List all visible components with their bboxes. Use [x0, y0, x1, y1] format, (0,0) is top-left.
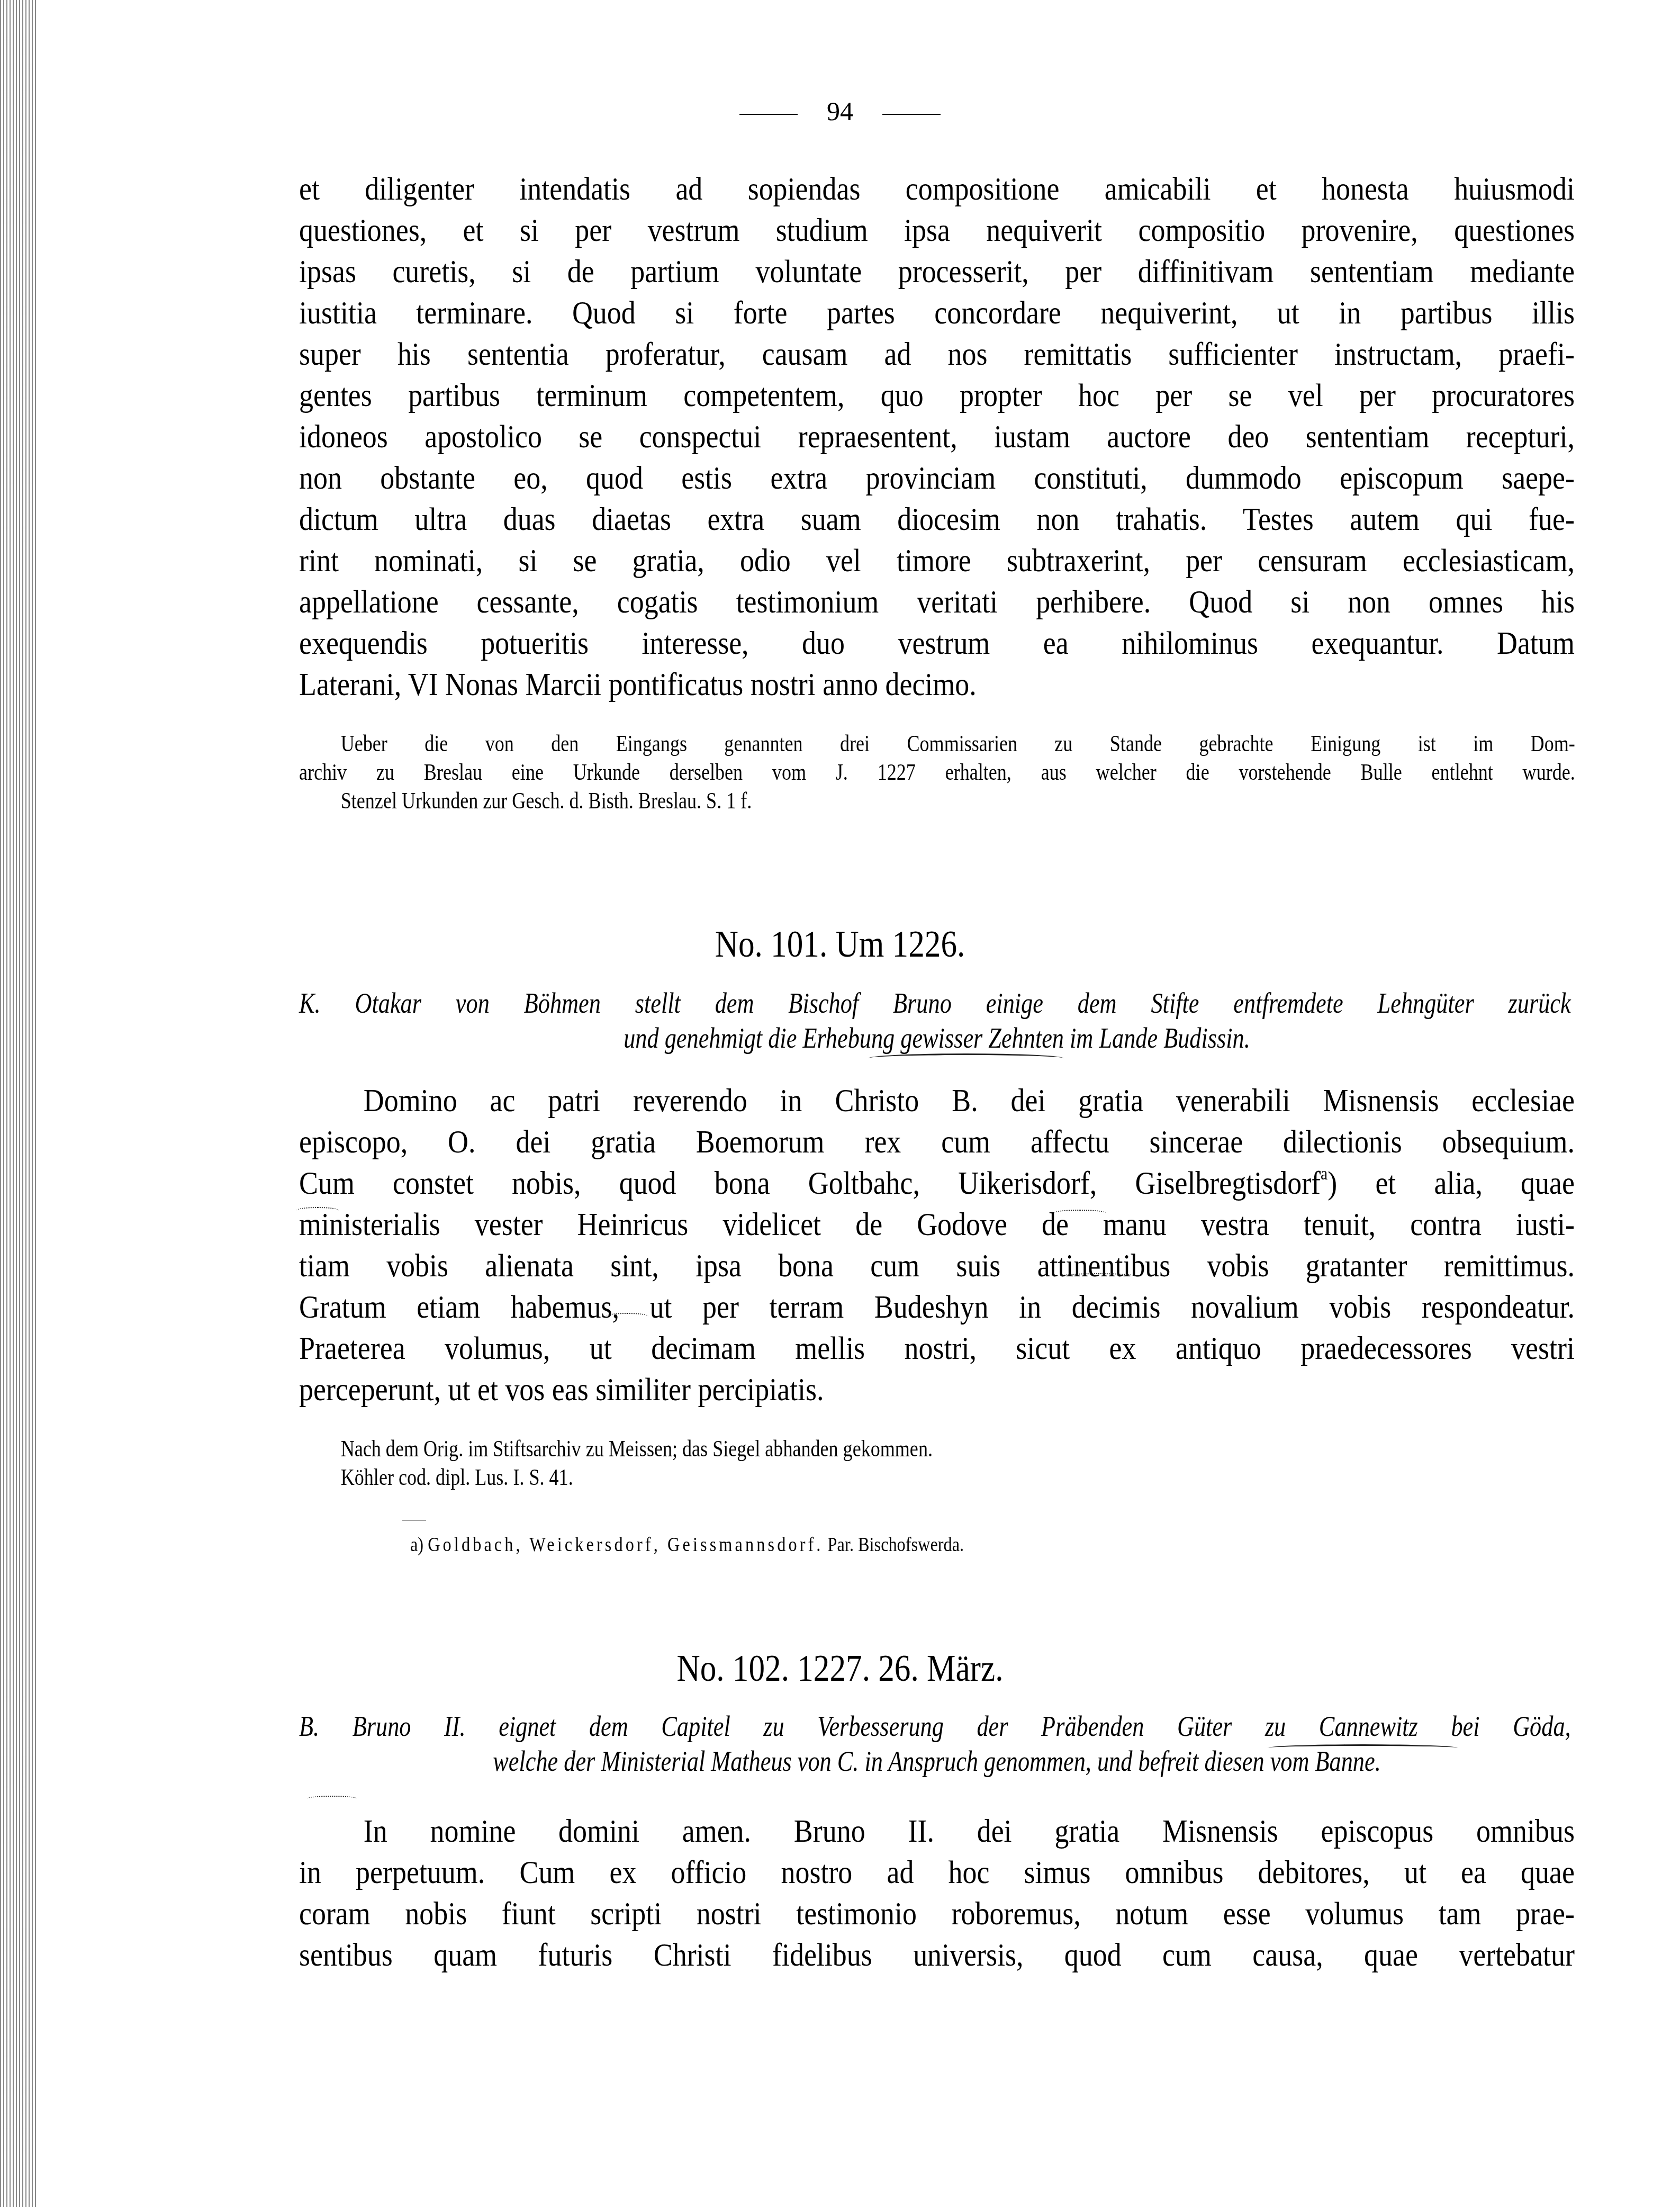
regest-summary: K. Otakar von Böhmen stellt dem Bischof …: [299, 986, 1575, 1056]
body-line: exequendis potueritis interesse, duo ves…: [299, 623, 1575, 664]
continuation-text: et diligenter intendatis ad sopiendas co…: [299, 168, 1575, 705]
editorial-note: Nach dem Orig. im Stiftsarchiv zu Meisse…: [299, 1435, 1575, 1492]
note-line: Nach dem Orig. im Stiftsarchiv zu Meisse…: [299, 1435, 1575, 1463]
body-line: Domino ac patri reverendo in Christo B. …: [299, 1080, 1575, 1121]
footnote-places: Goldbach, Weickersdorf, Geissmannsdorf.: [428, 1534, 823, 1556]
pencil-mark: [307, 1796, 357, 1803]
rule-left: [739, 114, 798, 115]
body-line: idoneos apostolico se conspectui repraes…: [299, 416, 1575, 457]
note-line: Stenzel Urkunden zur Gesch. d. Bisth. Br…: [299, 787, 1575, 815]
pencil-mark: [1059, 1273, 1138, 1282]
body-line: in perpetuum. Cum ex officio nostro ad h…: [299, 1852, 1575, 1893]
body-line: gentes partibus terminum competentem, qu…: [299, 375, 1575, 416]
continuation-note: Ueber die von den Eingangs genannten dre…: [299, 729, 1575, 815]
body-line: coram nobis fiunt scripti nostri testimo…: [299, 1893, 1575, 1934]
body-102: In nomine domini amen. Bruno II. dei gra…: [299, 1810, 1575, 1976]
footnote-a: a) Goldbach, Weickersdorf, Geissmannsdor…: [410, 1533, 964, 1557]
summary-line: B. Bruno II. eignet dem Capitel zu Verbe…: [299, 1709, 1571, 1744]
note-line: Köhler cod. dipl. Lus. I. S. 41.: [299, 1463, 1575, 1492]
body-line: dictum ultra duas diaetas extra suam dio…: [299, 499, 1575, 540]
document-heading-101: No. 101. Um 1226.: [0, 921, 1680, 967]
body-line: Laterani, VI Nonas Marcii pontificatus n…: [299, 664, 1575, 705]
body-line: super his sententia proferatur, causam a…: [299, 334, 1575, 375]
body-line: rint nominati, si se gratia, odio vel ti…: [299, 540, 1575, 581]
document-body: Domino ac patri reverendo in Christo B. …: [299, 1080, 1575, 1410]
summary-101: K. Otakar von Böhmen stellt dem Bischof …: [299, 986, 1575, 1056]
pencil-underline-mark: [1268, 1744, 1458, 1753]
editorial-note: Ueber die von den Eingangs genannten dre…: [299, 729, 1575, 815]
summary-line: und genehmigt die Erhebung gewisser Zehn…: [414, 1021, 1460, 1056]
pencil-mark: [296, 1207, 339, 1215]
body-line: episcopo, O. dei gratia Boemorum rex cum…: [299, 1121, 1575, 1163]
scan-binding-edge: [0, 0, 37, 2207]
body-line: appellatione cessante, cogatis testimoni…: [299, 581, 1575, 623]
summary-102: B. Bruno II. eignet dem Capitel zu Verbe…: [299, 1709, 1575, 1779]
body-line: In nomine domini amen. Bruno II. dei gra…: [299, 1810, 1575, 1852]
body-line: et diligenter intendatis ad sopiendas co…: [299, 168, 1575, 210]
summary-line: K. Otakar von Böhmen stellt dem Bischof …: [299, 986, 1571, 1021]
continuation-body: et diligenter intendatis ad sopiendas co…: [299, 168, 1575, 705]
body-line: ipsas curetis, si de partium voluntate p…: [299, 251, 1575, 292]
document-body: In nomine domini amen. Bruno II. dei gra…: [299, 1810, 1575, 1976]
body-101: Domino ac patri reverendo in Christo B. …: [299, 1080, 1575, 1410]
footnote-rest: Par. Bischofswerda.: [828, 1534, 964, 1556]
body-line: Cum constet nobis, quod bona Goltbahc, U…: [299, 1163, 1575, 1204]
body-line: Gratum etiam habemus, ut per terram Bude…: [299, 1286, 1575, 1328]
pencil-mark: [606, 1313, 648, 1321]
note-line: Ueber die von den Eingangs genannten dre…: [299, 729, 1575, 758]
body-line: perceperunt, ut et vos eas similiter per…: [299, 1369, 1575, 1410]
footnote-rule: [402, 1520, 426, 1521]
body-line: non obstante eo, quod estis extra provin…: [299, 457, 1575, 499]
page-number-header: 94: [0, 95, 1680, 127]
document-heading-102: No. 102. 1227. 26. März.: [0, 1645, 1680, 1691]
body-line: ministerialis vester Heinricus videlicet…: [299, 1204, 1575, 1245]
body-line: iustitia terminare. Quod si forte partes…: [299, 292, 1575, 334]
rule-right: [882, 114, 941, 115]
pencil-mark: [1053, 1210, 1106, 1218]
body-line: sentibus quam futuris Christi fidelibus …: [299, 1934, 1575, 1976]
body-line: questiones, et si per vestrum studium ip…: [299, 210, 1575, 251]
note-line: archiv zu Breslau eine Urkunde derselben…: [299, 758, 1575, 787]
footnote-label: a): [410, 1534, 423, 1556]
footnote-marker[interactable]: a: [1321, 1164, 1327, 1184]
pencil-underline-mark: [868, 1053, 1064, 1066]
page-number: 94: [827, 96, 853, 126]
body-line: Praeterea volumus, ut decimam mellis nos…: [299, 1328, 1575, 1369]
regest-summary: B. Bruno II. eignet dem Capitel zu Verbe…: [299, 1709, 1575, 1779]
note-101: Nach dem Orig. im Stiftsarchiv zu Meisse…: [299, 1435, 1575, 1492]
body-line: tiam vobis alienata sint, ipsa bona cum …: [299, 1245, 1575, 1286]
